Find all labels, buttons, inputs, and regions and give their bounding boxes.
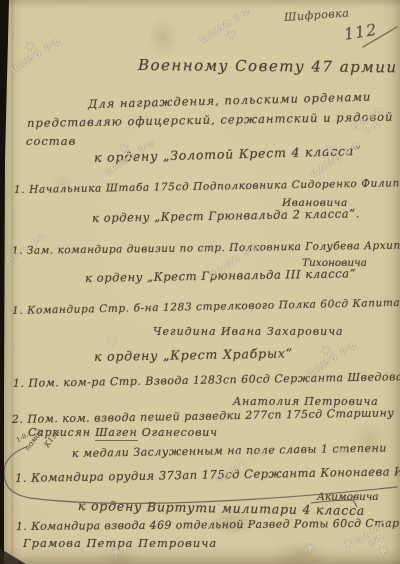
entry-chief-of-staff-line: 1. Начальника Штаба 175сд Подполковника … bbox=[14, 177, 400, 196]
scan-left-edge bbox=[0, 0, 12, 564]
preamble-line-3: состав bbox=[26, 134, 76, 148]
award-heading-grunwald-2: к ордену „Крест Грюнвальда 2 класса”. bbox=[92, 206, 360, 225]
page-number: 112 bbox=[343, 20, 379, 44]
scanned-document-page: Шифровка 112 Военному Совету 47 армии Дл… bbox=[0, 0, 400, 564]
star-icon: ★ bbox=[302, 540, 319, 557]
entry-gun-commander-patronymic: Акимовича bbox=[317, 491, 379, 503]
entry-recon-platoon-name: Грамова Петра Петровича bbox=[23, 536, 217, 550]
entry-deputy-commander-line: 1. Зам. командира дивизии по стр. Полков… bbox=[12, 239, 400, 257]
star-icon: ★ bbox=[340, 536, 357, 553]
preamble-line-1: Для награждения, польскими орденами bbox=[88, 90, 372, 111]
archive-watermark: ★ ЦАМО РФ bbox=[3, 26, 64, 76]
preamble-line-2: представляю офицерский, сержантский и ря… bbox=[27, 110, 394, 130]
archive-watermark: ★ bbox=[302, 540, 319, 557]
addressee-line: Военному Совету 47 армии bbox=[138, 56, 398, 76]
archive-watermark-label: ЦАМО РФ bbox=[9, 36, 64, 75]
star-icon: ★ bbox=[3, 26, 59, 67]
archive-watermark: ★ bbox=[340, 536, 357, 553]
entry-platoon-assistant-line: 1. Пом. ком-ра Стр. Взвода 1283сп 60сд С… bbox=[13, 370, 400, 390]
star-icon: ★ bbox=[204, 15, 260, 56]
award-heading-grunwald-3: к ордену „Крест Грюнвальда III класса” bbox=[85, 266, 356, 285]
award-heading-cross-of-valor: к ордену „Крест Храбрых” bbox=[94, 346, 293, 364]
entry-gun-commander-line: 1. Командира орудия 373ап 175сд Сержанта… bbox=[15, 464, 400, 485]
award-heading-field-of-glory: к медали Заслуженным на поле славы 1 сте… bbox=[72, 442, 387, 460]
entry-battalion-commander-line: 1. Командира Стр. б-на 1283 стрелкового … bbox=[12, 297, 400, 317]
star-icon: ★ bbox=[361, 534, 400, 564]
entry-recon-platoon-line: 1. Командира взвода 469 отдельной Развед… bbox=[16, 516, 400, 533]
entry-battalion-commander-name: Чегидина Ивана Захаровича bbox=[153, 325, 344, 338]
scout-first-name: Шаген bbox=[95, 426, 137, 441]
entry-scout-assistant-line: 2. Пом. ком. взвода пешей разведки 277сп… bbox=[12, 406, 394, 426]
classification-label: Шифровка bbox=[284, 6, 350, 24]
archive-watermark: ЦАМО РФ ★ bbox=[199, 6, 260, 56]
award-heading-golden-cross: к ордену „Золотой Крест 4 класса” bbox=[94, 143, 362, 165]
scout-patronymic: Оганесович bbox=[142, 426, 218, 439]
archive-watermark-label: ЦАМО РФ bbox=[199, 6, 254, 45]
